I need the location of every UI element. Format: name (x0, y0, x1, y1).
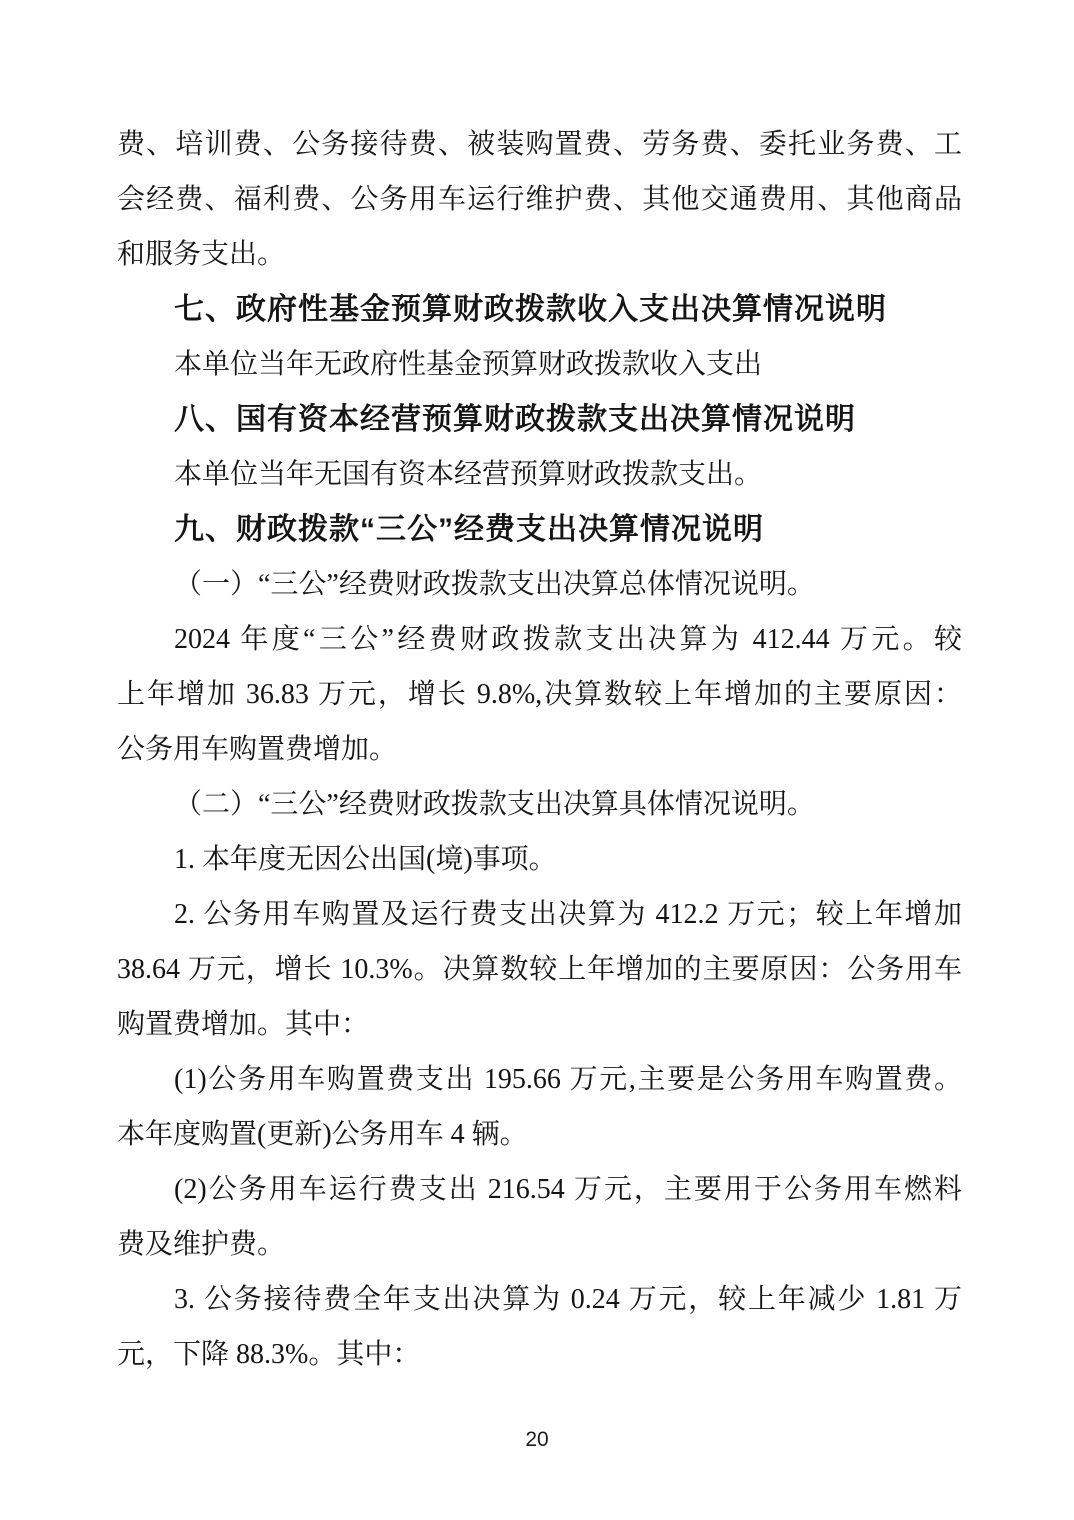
text-line: 38.64 万元，增长 10.3%。决算数较上年增加的主要原因：公务用车 (117, 942, 962, 997)
page-number: 20 (0, 1428, 1074, 1452)
document-page: 费、培训费、公务接待费、被装购置费、劳务费、委托业务费、工会经费、福利费、公务用… (0, 0, 1074, 1520)
text-line: 费、培训费、公务接待费、被装购置费、劳务费、委托业务费、工 (117, 117, 962, 172)
text-line: 上年增加 36.83 万元，增长 9.8%,决算数较上年增加的主要原因： (117, 667, 962, 722)
text-line: 购置费增加。其中： (117, 997, 962, 1052)
text-line: 会经费、福利费、公务用车运行维护费、其他交通费用、其他商品 (117, 172, 962, 227)
heading-line: 八、国有资本经营预算财政拨款支出决算情况说明 (117, 392, 962, 447)
text-line: 费及维护费。 (117, 1217, 962, 1272)
text-line: 本单位当年无政府性基金预算财政拨款收入支出 (117, 337, 962, 392)
text-line: 本单位当年无国有资本经营预算财政拨款支出。 (117, 447, 962, 502)
text-line: 3. 公务接待费全年支出决算为 0.24 万元，较上年减少 1.81 万 (117, 1272, 962, 1327)
text-line: 元，下降 88.3%。其中： (117, 1327, 962, 1382)
text-line: 本年度购置(更新)公务用车 4 辆。 (117, 1107, 962, 1162)
text-line: 2024 年度“三公”经费财政拨款支出决算为 412.44 万元。较 (117, 612, 962, 667)
text-line: （一）“三公”经费财政拨款支出决算总体情况说明。 (117, 557, 962, 612)
text-line: 1. 本年度无因公出国(境)事项。 (117, 832, 962, 887)
text-line: (1)公务用车购置费支出 195.66 万元,主要是公务用车购置费。 (117, 1052, 962, 1107)
document-body: 费、培训费、公务接待费、被装购置费、劳务费、委托业务费、工会经费、福利费、公务用… (117, 117, 962, 1382)
text-line: 2. 公务用车购置及运行费支出决算为 412.2 万元；较上年增加 (117, 887, 962, 942)
text-line: 公务用车购置费增加。 (117, 722, 962, 777)
heading-line: 九、财政拨款“三公”经费支出决算情况说明 (117, 502, 962, 557)
text-line: 和服务支出。 (117, 227, 962, 282)
heading-line: 七、政府性基金预算财政拨款收入支出决算情况说明 (117, 282, 962, 337)
text-line: （二）“三公”经费财政拨款支出决算具体情况说明。 (117, 777, 962, 832)
text-line: (2)公务用车运行费支出 216.54 万元，主要用于公务用车燃料 (117, 1162, 962, 1217)
